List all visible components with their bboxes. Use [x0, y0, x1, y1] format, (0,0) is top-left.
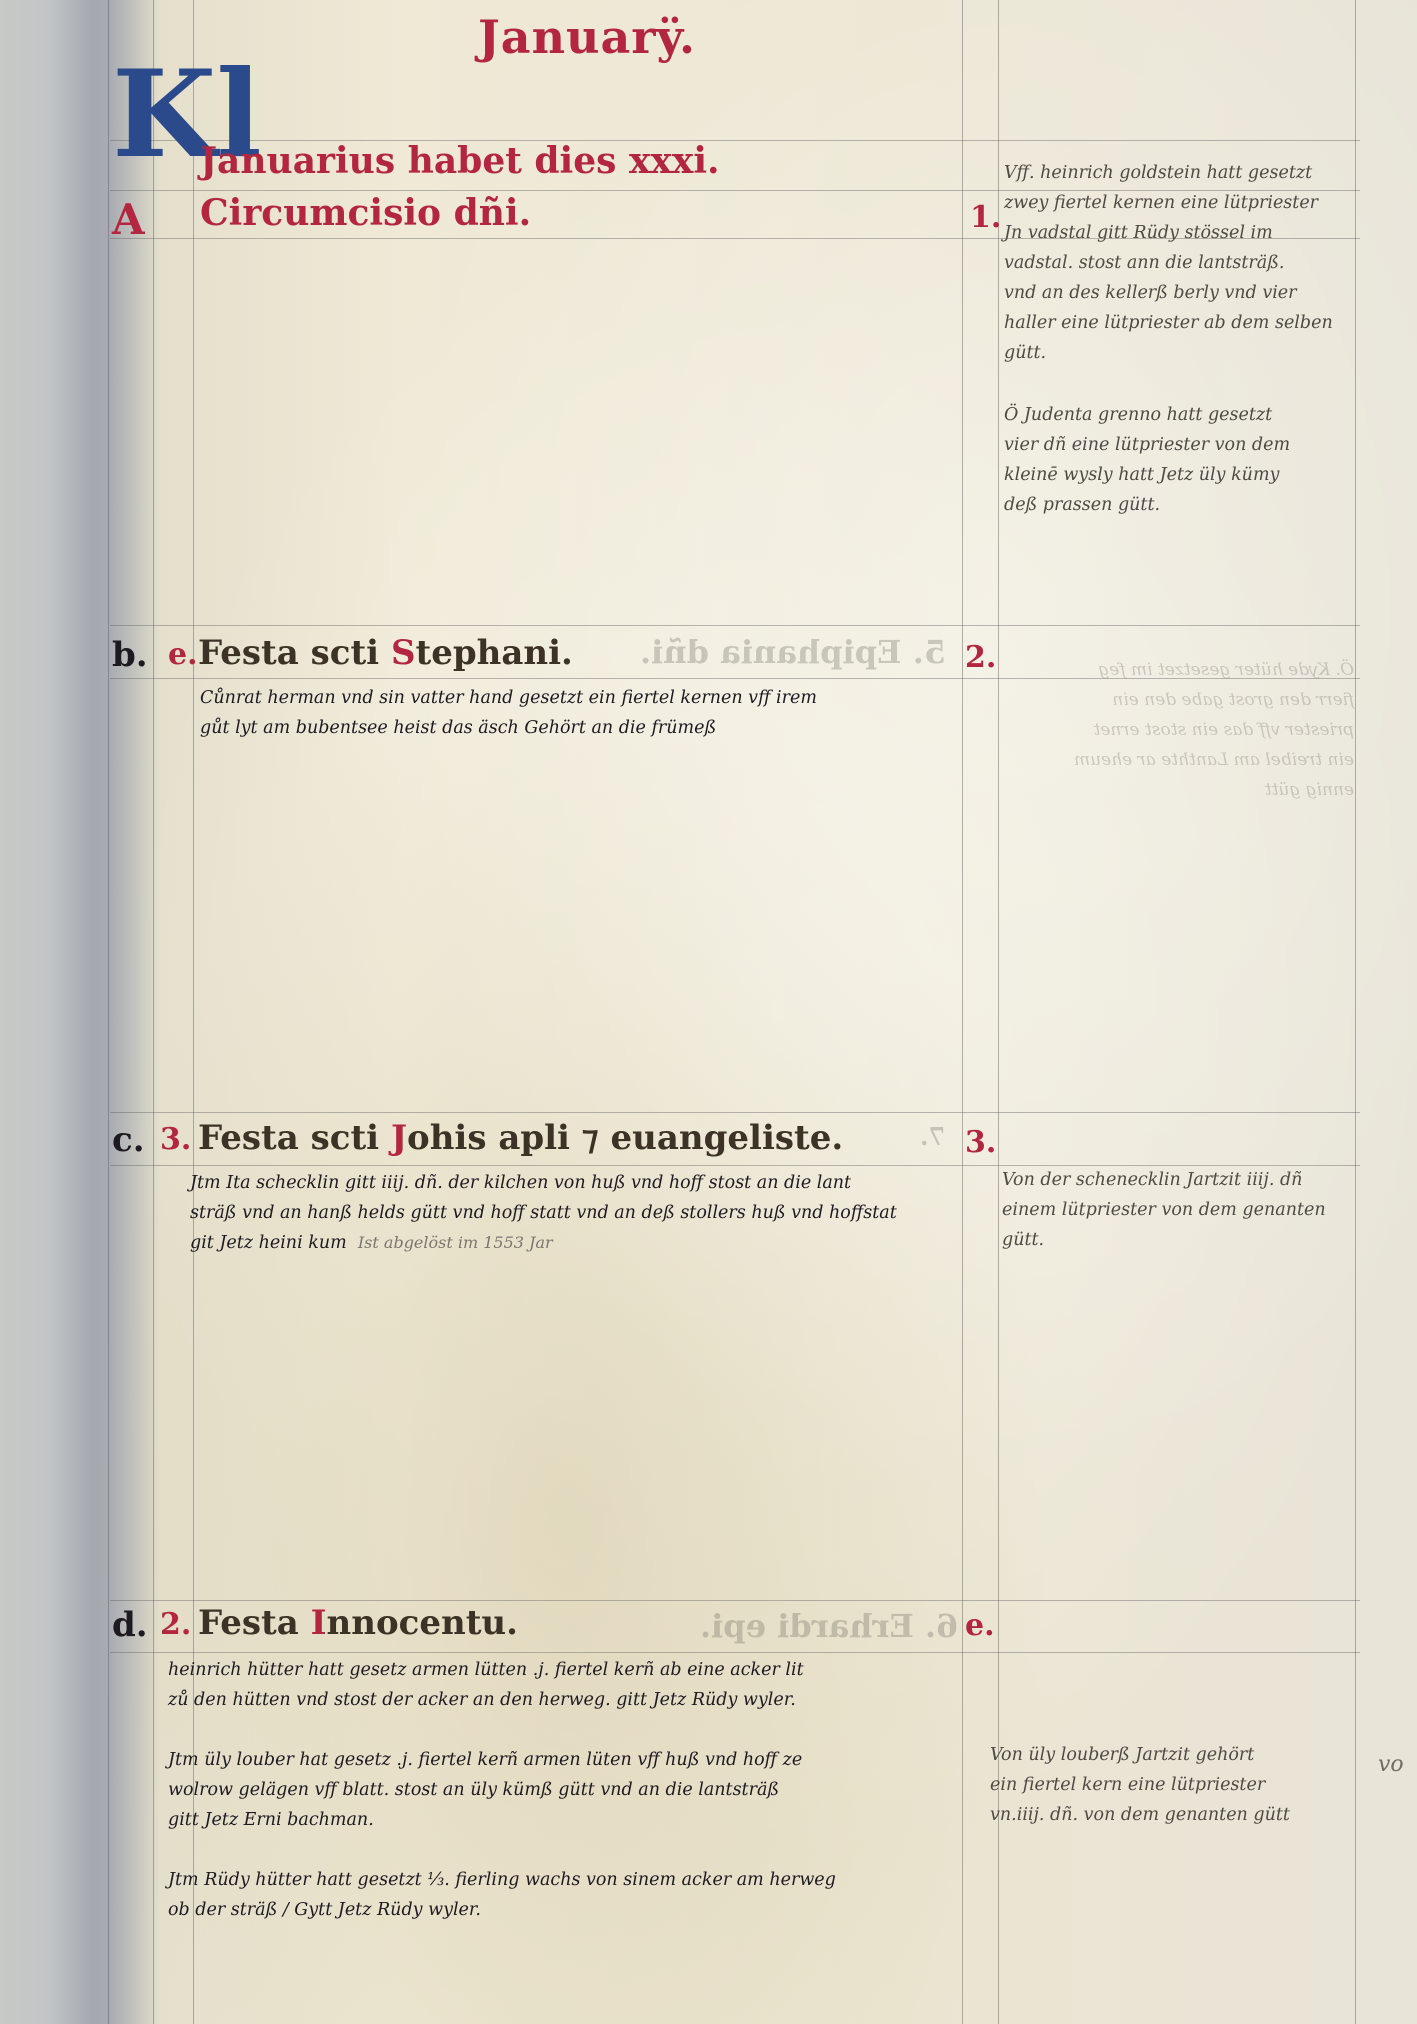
month-heading: Januarÿ. — [478, 10, 696, 64]
rubric-circumcision: Circumcisio dñi. — [200, 192, 531, 234]
margin-numeral: 3. — [965, 1125, 996, 1160]
ruling-line — [193, 0, 194, 2024]
bleedthrough-text: 6. Erhardi epi. — [700, 1607, 958, 1645]
date-letter: c. — [112, 1120, 145, 1160]
entry-text-rudy: Jtm Rüdy hütter hatt gesetzt ⅓. fierling… — [168, 1865, 958, 1925]
golden-number: 3. — [160, 1122, 191, 1157]
feast-stephen: Festa scti Stephani. — [198, 633, 573, 673]
margin-numeral: 1. — [970, 200, 1001, 235]
ruling-line — [110, 1600, 1360, 1601]
golden-number: 2. — [160, 1607, 191, 1642]
ruling-line — [1355, 0, 1356, 2024]
entry-text-louber: Jtm üly louber hat gesetz .j. fiertel ke… — [168, 1745, 958, 1835]
entry-text-hutter: heinrich hütter hatt gesetz armen lütten… — [168, 1655, 958, 1715]
margin-numeral: 2. — [965, 640, 996, 675]
right-entry-judenta: Ö Judenta grenno hatt gesetzt vier dñ ei… — [1004, 400, 1354, 520]
manuscript-page: Januarÿ. Kl A Januarius habet dies xxxi.… — [0, 0, 1417, 2024]
ruling-line — [153, 0, 154, 2024]
ruling-line — [998, 0, 999, 2024]
ruling-line — [110, 1652, 1360, 1653]
bleedthrough-text: 7. — [920, 1122, 945, 1151]
entry-text: Jtm Ita schecklin gitt iiij. dñ. der kil… — [190, 1168, 965, 1258]
margin-numeral: e. — [965, 1608, 995, 1643]
golden-number: e. — [168, 637, 198, 672]
margin-note: vo — [1378, 1752, 1404, 1777]
bleedthrough-text: 5. Epiphania dñi. — [640, 633, 946, 671]
date-letter: b. — [112, 635, 148, 675]
right-entry-goldstein: Vff. heinrich goldstein hatt gesetzt zwe… — [1004, 158, 1354, 368]
feast-john: Festa scti Johis apli ⁊ euangeliste. — [198, 1118, 843, 1158]
pencil-annotation: Ist abgelöst im 1553 Jar — [358, 1233, 553, 1252]
feast-innocents: Festa Innocentu. — [198, 1603, 518, 1643]
ruling-line — [962, 0, 963, 2024]
right-entry-schenecklin: Von der schenecklin Jartzit iiij. dñ ein… — [1002, 1165, 1362, 1255]
entry-text: Cůnrat herman vnd sin vatter hand gesetz… — [200, 683, 960, 743]
ruling-line — [110, 1112, 1360, 1113]
bleedthrough-block: Ö. Kyde hüter gesetzet im feg fierr den … — [1004, 655, 1354, 805]
right-entry-louber: Von üly louberß Jartzit gehört ein fiert… — [990, 1740, 1350, 1830]
binding-shadow — [50, 0, 160, 2024]
ruling-line — [108, 0, 109, 2024]
date-letter: d. — [112, 1605, 148, 1645]
dominical-letter-a: A — [112, 195, 145, 244]
rubric-month-days: Januarius habet dies xxxi. — [200, 140, 720, 182]
ruling-line — [110, 625, 1360, 626]
